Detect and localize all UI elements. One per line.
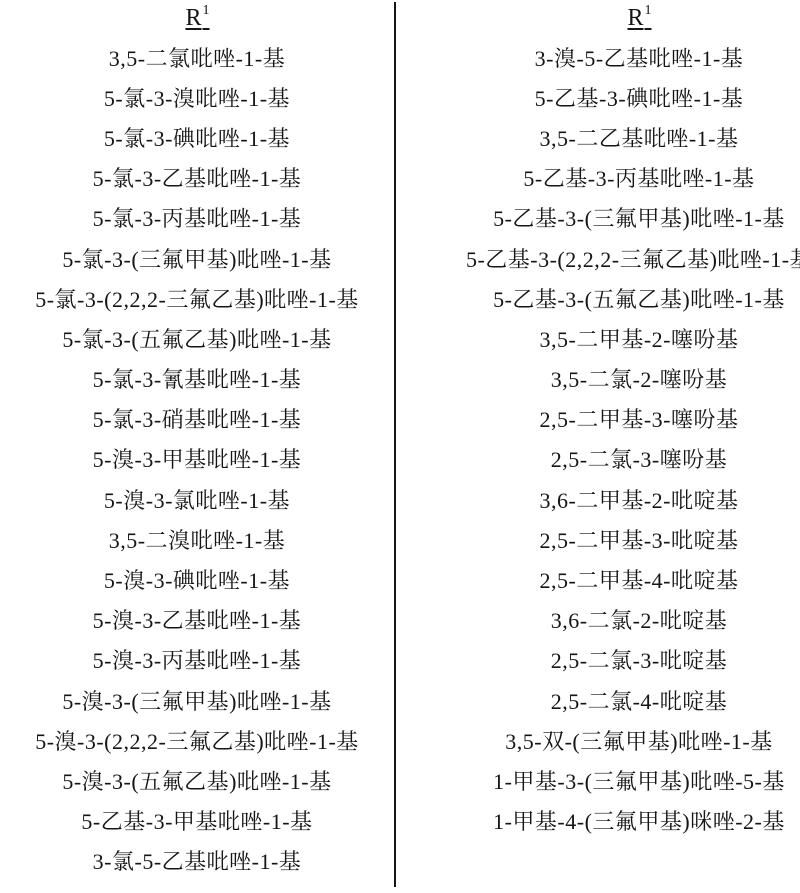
r1-header-base: R bbox=[185, 5, 201, 31]
substituent-entry: 1-甲基-3-(三氟甲基)吡唑-5-基 bbox=[438, 760, 800, 800]
substituent-entry: 3,5-二氯-2-噻吩基 bbox=[438, 359, 800, 399]
substituent-entry: 5-氯-3-溴吡唑-1-基 bbox=[0, 77, 394, 117]
substituent-entry: 5-溴-3-碘吡唑-1-基 bbox=[0, 559, 394, 599]
patent-document-page: R1 3,5-二氯吡唑-1-基5-氯-3-溴吡唑-1-基5-氯-3-碘吡唑-1-… bbox=[0, 0, 800, 893]
substituent-entry: 3-氯-5-乙基吡唑-1-基 bbox=[0, 841, 394, 881]
r1-header-base: R bbox=[627, 5, 643, 31]
substituent-entry: 2,5-二氯-3-吡啶基 bbox=[438, 640, 800, 680]
substituent-entry: 5-氯-3-(2,2,2-三氟乙基)吡唑-1-基 bbox=[0, 278, 394, 318]
substituent-entry: 3,5-二氯吡唑-1-基 bbox=[0, 37, 394, 77]
r1-header-superscript: 1 bbox=[645, 3, 652, 18]
column-divider bbox=[394, 2, 396, 887]
substituent-entry: 5-氯-3-丙基吡唑-1-基 bbox=[0, 198, 394, 238]
substituent-entry: 5-乙基-3-(2,2,2-三氟乙基)吡唑-1-基 bbox=[438, 238, 800, 278]
r1-header-superscript: 1 bbox=[203, 3, 210, 18]
r1-column-right: R1 3-溴-5-乙基吡唑-1-基5-乙基-3-碘吡唑-1-基3,5-二乙基吡唑… bbox=[438, 0, 800, 841]
substituent-entry: 5-乙基-3-(五氟乙基)吡唑-1-基 bbox=[438, 278, 800, 318]
substituent-entry: 5-乙基-3-甲基吡唑-1-基 bbox=[0, 801, 394, 841]
substituent-entry: 3,5-双-(三氟甲基)吡唑-1-基 bbox=[438, 720, 800, 760]
substituent-entry: 2,5-二氯-3-噻吩基 bbox=[438, 439, 800, 479]
r1-header-label: R1 bbox=[627, 5, 650, 32]
substituent-entry: 5-溴-3-丙基吡唑-1-基 bbox=[0, 640, 394, 680]
substituent-entry: 3,6-二氯-2-吡啶基 bbox=[438, 600, 800, 640]
substituent-entry: 3,5-二乙基吡唑-1-基 bbox=[438, 117, 800, 157]
substituent-entry: 2,5-二甲基-3-吡啶基 bbox=[438, 519, 800, 559]
substituent-entry: 2,5-二甲基-3-噻吩基 bbox=[438, 399, 800, 439]
substituent-entry: 5-氯-3-(五氟乙基)吡唑-1-基 bbox=[0, 318, 394, 358]
column-header-left: R1 bbox=[0, 0, 394, 37]
substituent-entry: 5-氯-3-氰基吡唑-1-基 bbox=[0, 359, 394, 399]
substituent-entry: 2,5-二氯-4-吡啶基 bbox=[438, 680, 800, 720]
substituent-entry: 3,5-二溴吡唑-1-基 bbox=[0, 519, 394, 559]
substituent-entry: 5-溴-3-乙基吡唑-1-基 bbox=[0, 600, 394, 640]
substituent-entry: 5-溴-3-(2,2,2-三氟乙基)吡唑-1-基 bbox=[0, 720, 394, 760]
substituent-entry: 3-溴-5-乙基吡唑-1-基 bbox=[438, 37, 800, 77]
substituent-entry: 5-氯-3-碘吡唑-1-基 bbox=[0, 117, 394, 157]
r1-column-left: R1 3,5-二氯吡唑-1-基5-氯-3-溴吡唑-1-基5-氯-3-碘吡唑-1-… bbox=[0, 0, 394, 881]
r1-header-label: R1 bbox=[185, 5, 208, 32]
substituent-entry: 5-溴-3-氯吡唑-1-基 bbox=[0, 479, 394, 519]
column-header-right: R1 bbox=[438, 0, 800, 37]
substituent-list-right: 3-溴-5-乙基吡唑-1-基5-乙基-3-碘吡唑-1-基3,5-二乙基吡唑-1-… bbox=[438, 37, 800, 841]
substituent-entry: 3,6-二甲基-2-吡啶基 bbox=[438, 479, 800, 519]
substituent-entry: 5-乙基-3-碘吡唑-1-基 bbox=[438, 77, 800, 117]
substituent-entry: 2,5-二甲基-4-吡啶基 bbox=[438, 559, 800, 599]
substituent-entry: 5-乙基-3-丙基吡唑-1-基 bbox=[438, 158, 800, 198]
substituent-entry: 5-溴-3-(五氟乙基)吡唑-1-基 bbox=[0, 760, 394, 800]
substituent-entry: 5-溴-3-甲基吡唑-1-基 bbox=[0, 439, 394, 479]
substituent-list-left: 3,5-二氯吡唑-1-基5-氯-3-溴吡唑-1-基5-氯-3-碘吡唑-1-基5-… bbox=[0, 37, 394, 881]
substituent-entry: 5-溴-3-(三氟甲基)吡唑-1-基 bbox=[0, 680, 394, 720]
substituent-entry: 1-甲基-4-(三氟甲基)咪唑-2-基 bbox=[438, 801, 800, 841]
substituent-entry: 5-乙基-3-(三氟甲基)吡唑-1-基 bbox=[438, 198, 800, 238]
substituent-entry: 5-氯-3-硝基吡唑-1-基 bbox=[0, 399, 394, 439]
substituent-entry: 5-氯-3-乙基吡唑-1-基 bbox=[0, 158, 394, 198]
substituent-entry: 3,5-二甲基-2-噻吩基 bbox=[438, 318, 800, 358]
substituent-entry: 5-氯-3-(三氟甲基)吡唑-1-基 bbox=[0, 238, 394, 278]
